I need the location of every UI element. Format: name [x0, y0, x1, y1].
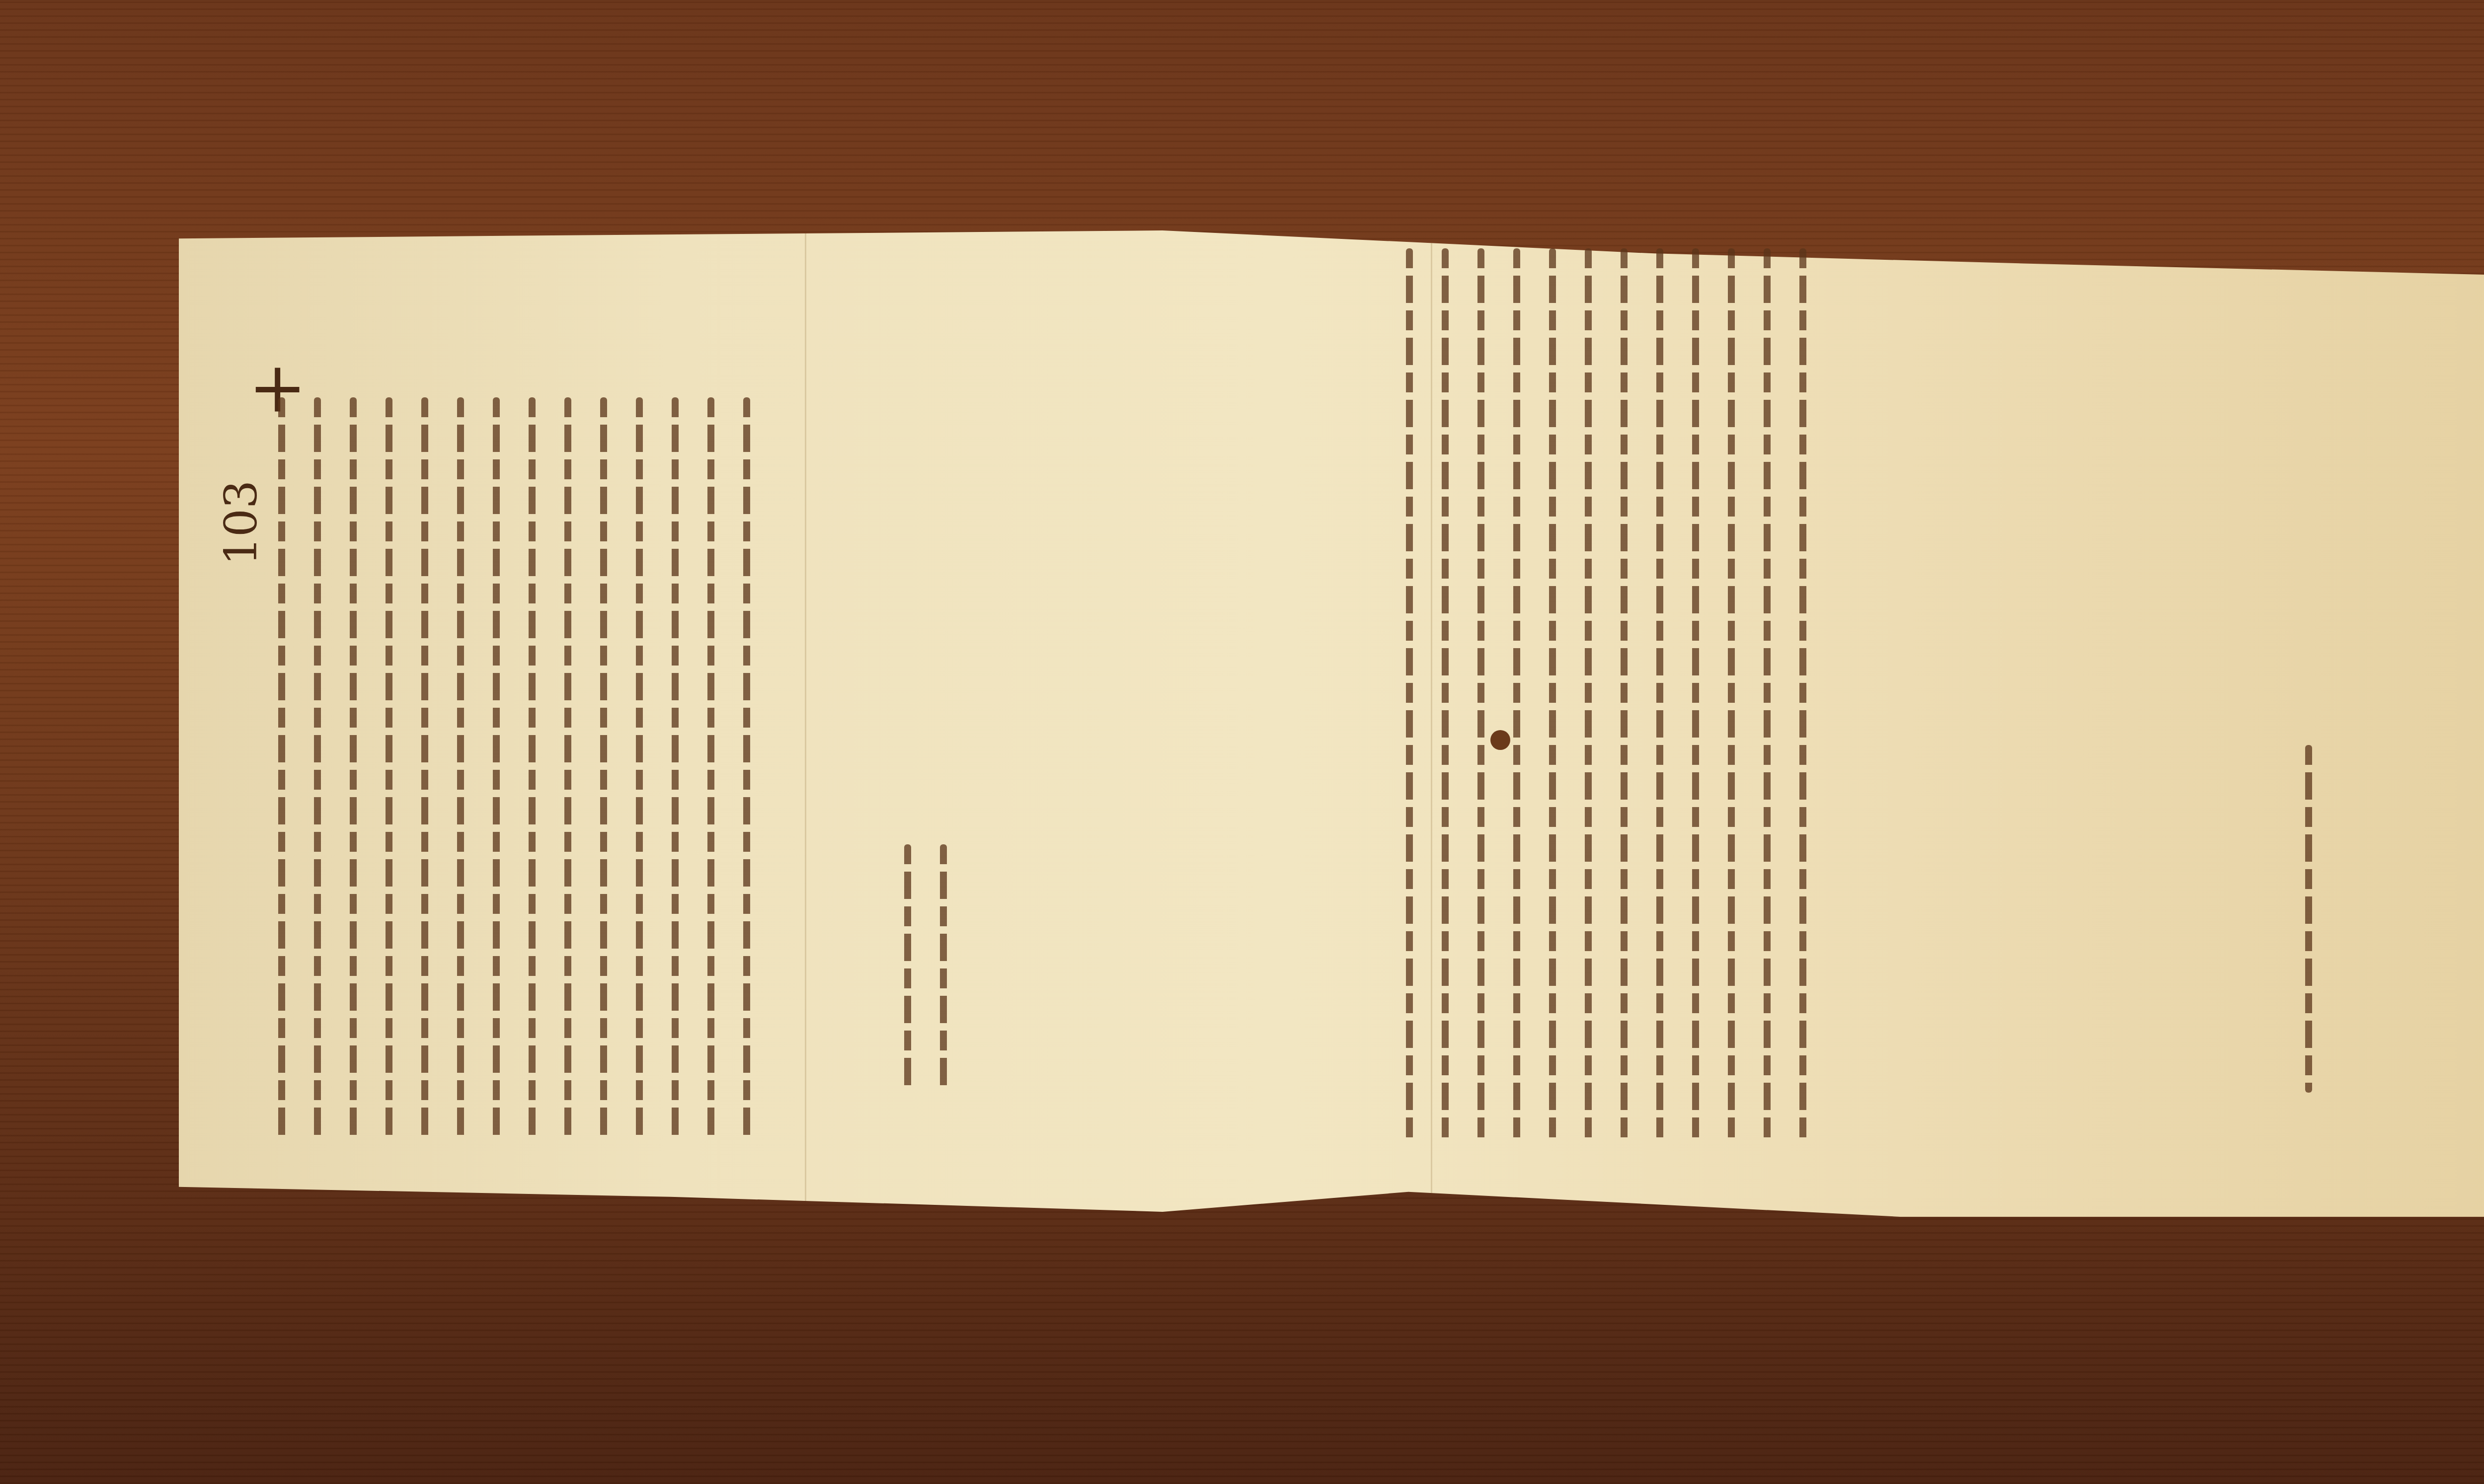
paper-fold — [805, 219, 806, 1217]
text-block-left — [278, 397, 750, 1142]
folio-number: 103 — [215, 480, 267, 566]
text-block-middle — [1406, 248, 1806, 1142]
text-block-right — [2305, 745, 2312, 1093]
ink-stain — [1490, 730, 1510, 750]
signature-block — [904, 844, 947, 1093]
